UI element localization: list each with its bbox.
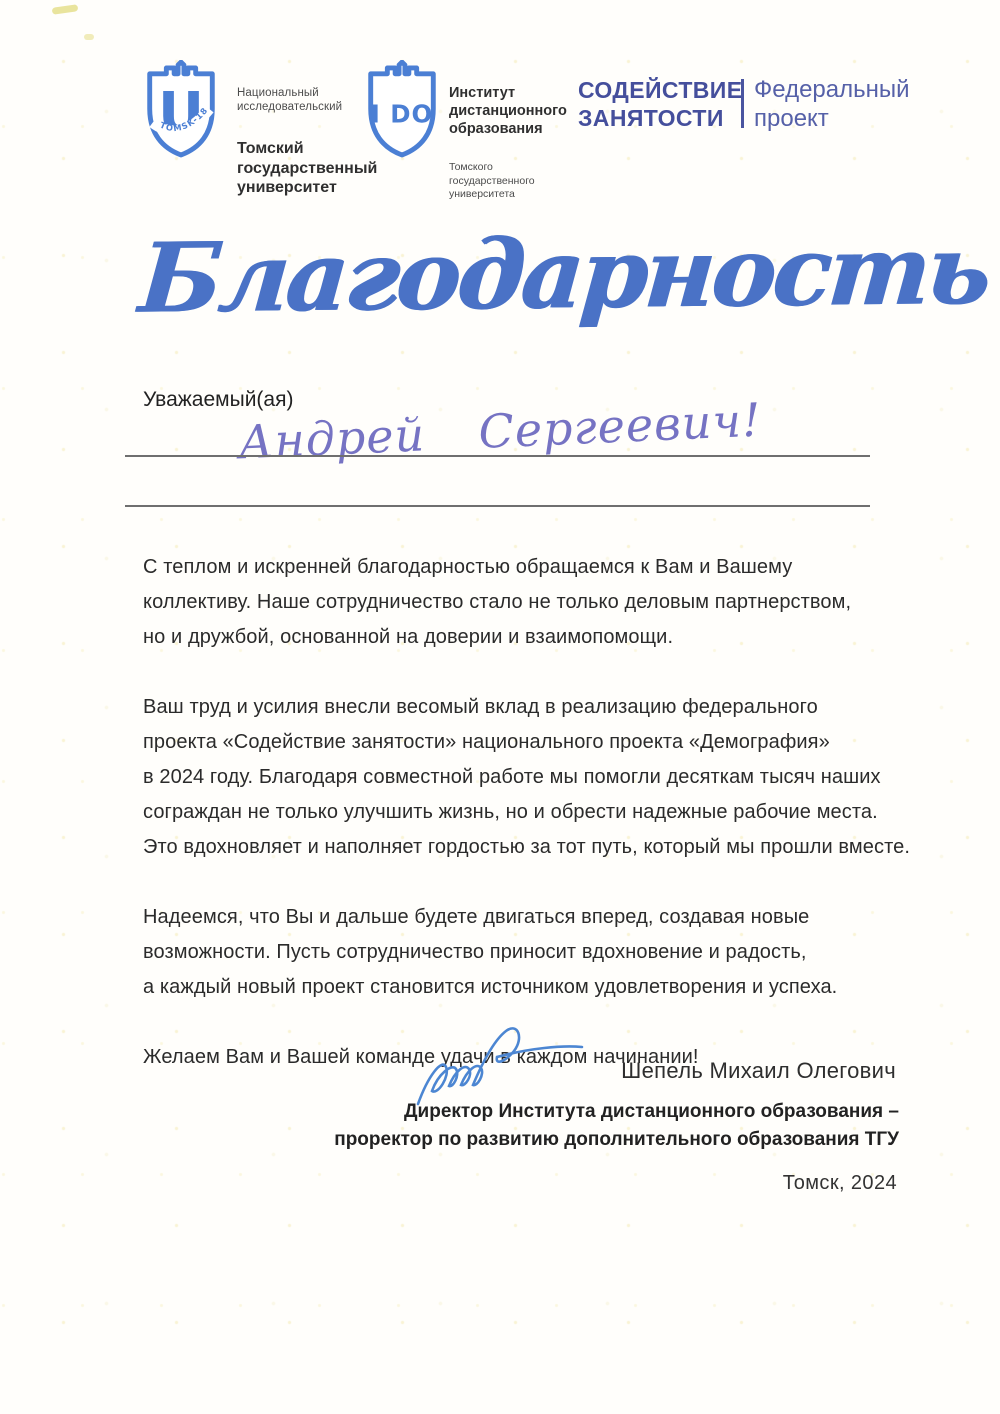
ido-name: Институт дистанционного образования bbox=[449, 84, 567, 138]
ido-monogram: I DO bbox=[371, 100, 434, 129]
scan-artifact bbox=[52, 4, 79, 15]
tsu-shield-logo: U TOMSK-1878 bbox=[137, 60, 225, 158]
program-name: СОДЕЙСТВИЕ ЗАНЯТОСТИ bbox=[578, 76, 742, 132]
certificate-title: Благодарность bbox=[135, 214, 864, 335]
place-and-date: Томск, 2024 bbox=[783, 1172, 897, 1195]
tsu-subtitle: Национальный исследовательский bbox=[237, 86, 377, 114]
paragraph-1: С теплом и искренней благодарностью обра… bbox=[143, 550, 943, 655]
ido-shield-logo: I DO bbox=[358, 60, 446, 158]
letter-body: С теплом и искренней благодарностью обра… bbox=[143, 550, 943, 1075]
tsu-logo-text: Национальный исследовательский Томский г… bbox=[237, 68, 377, 216]
scan-artifact bbox=[84, 34, 94, 40]
ido-subtitle: Томского государственного университета bbox=[449, 161, 567, 202]
program-type: Федеральный проект bbox=[754, 75, 910, 133]
paragraph-3: Надеемся, что Вы и дальше будете двигать… bbox=[143, 900, 943, 1005]
name-line-2 bbox=[125, 505, 870, 507]
signer-position: Директор Института дистанционного образо… bbox=[334, 1098, 899, 1154]
tsu-name: Томский государственный университет bbox=[237, 139, 377, 198]
name-line bbox=[125, 455, 870, 457]
paragraph-2: Ваш труд и усилия внесли весомый вклад в… bbox=[143, 690, 943, 865]
signer-name: Шепель Михаил Олегович bbox=[621, 1058, 896, 1084]
recipient-handwritten-name: Андрей Сергеевич! bbox=[229, 392, 771, 470]
salutation: Уважаемый(ая) bbox=[143, 388, 293, 412]
ido-logo-text: Институт дистанционного образования Томс… bbox=[449, 66, 567, 220]
program-divider bbox=[741, 79, 744, 128]
gratitude-letter-page: U TOMSK-1878 Национальный исследовательс… bbox=[0, 0, 1000, 1414]
